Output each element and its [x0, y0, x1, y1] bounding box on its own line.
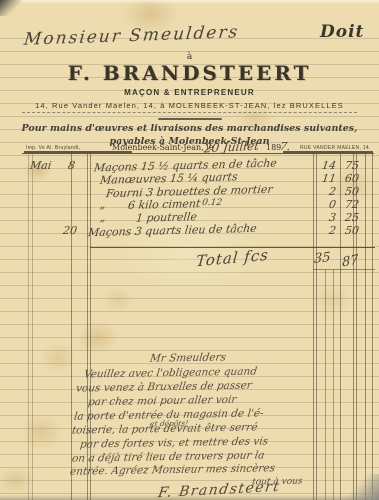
photo-corner-bottom-right — [345, 474, 379, 500]
row-francs: 0 — [313, 198, 337, 211]
doit-label: Doit — [320, 22, 364, 42]
dateline-right-note: RUE VANDER MAELEN, 14. — [300, 145, 371, 151]
photo-corner-top-left — [0, 0, 22, 16]
row-unit-price: 0.12 — [201, 198, 222, 208]
table-row: Mai 8 Maçons 15 ½ quarts en de tâche 14 … — [0, 159, 379, 172]
row-day: 8 — [67, 159, 76, 172]
total-rule — [90, 247, 375, 248]
table-row: „ 1 poutrelle 3 25 — [0, 211, 379, 224]
invoice-document: Monsieur Smeulders Doit à F. BRANDSTEERT… — [0, 0, 379, 500]
row-francs: 2 — [313, 185, 337, 198]
total-francs: 35 — [314, 250, 331, 267]
ornament-dashed-rule — [22, 112, 357, 113]
table-row: Fourni 3 brouettes de mortier 2 50 — [0, 185, 379, 198]
row-centimes: 50 — [344, 224, 360, 237]
row-description: Maçons 3 quarts lieu de tâche — [87, 222, 257, 239]
lower-grid-rule — [325, 270, 326, 500]
lower-grid-rule — [333, 270, 334, 500]
letter-salutation: Mr Smeulders — [149, 351, 227, 364]
row-centimes: 25 — [344, 211, 360, 224]
firm-name: F. BRANDSTEERT — [0, 61, 379, 85]
printer-credit: Imp. Ve Al. Bruylandt, — [26, 145, 80, 151]
row-francs: 2 — [313, 224, 337, 237]
row-francs: 14 — [313, 159, 337, 172]
row-francs: 11 — [313, 172, 337, 185]
row-centimes: 60 — [344, 172, 360, 185]
dateline-place-label: Molenbeek-Saint-Jean, le — [112, 143, 214, 152]
firm-address: 14, Rue Vander Maelen, 14, à MOLENBEEK-S… — [0, 101, 379, 110]
header-separator-rule — [22, 153, 374, 154]
ornament-center-rule — [158, 118, 222, 120]
paper-bottom-edge — [0, 495, 379, 500]
table-row: 20 Maçons 3 quarts lieu de tâche 2 50 — [0, 224, 379, 237]
dateline-date-handwritten: 20 Juillet — [203, 139, 260, 156]
ditto-mark: „ — [99, 198, 107, 211]
table-row: „ 6 kilo ciment 0.12 0 72 — [0, 198, 379, 211]
firm-profession: MAÇON & ENTREPRENEUR — [0, 88, 379, 97]
thick-rule-right — [283, 151, 373, 153]
row-centimes: 75 — [344, 159, 360, 172]
row-month: Mai — [29, 159, 52, 172]
row-centimes: 72 — [344, 198, 360, 211]
invoice-purpose-line: Pour mains d'œuvres et livraisons des ma… — [0, 123, 379, 134]
row-day: 20 — [62, 224, 78, 237]
table-row: Manœuvres 15 ¼ quarts 11 60 — [0, 172, 379, 185]
ditto-mark: „ — [99, 211, 107, 224]
total-centimes: 87 — [342, 252, 359, 270]
row-centimes: 50 — [344, 185, 360, 198]
paper-top-edge — [0, 0, 379, 4]
row-francs: 3 — [313, 211, 337, 224]
